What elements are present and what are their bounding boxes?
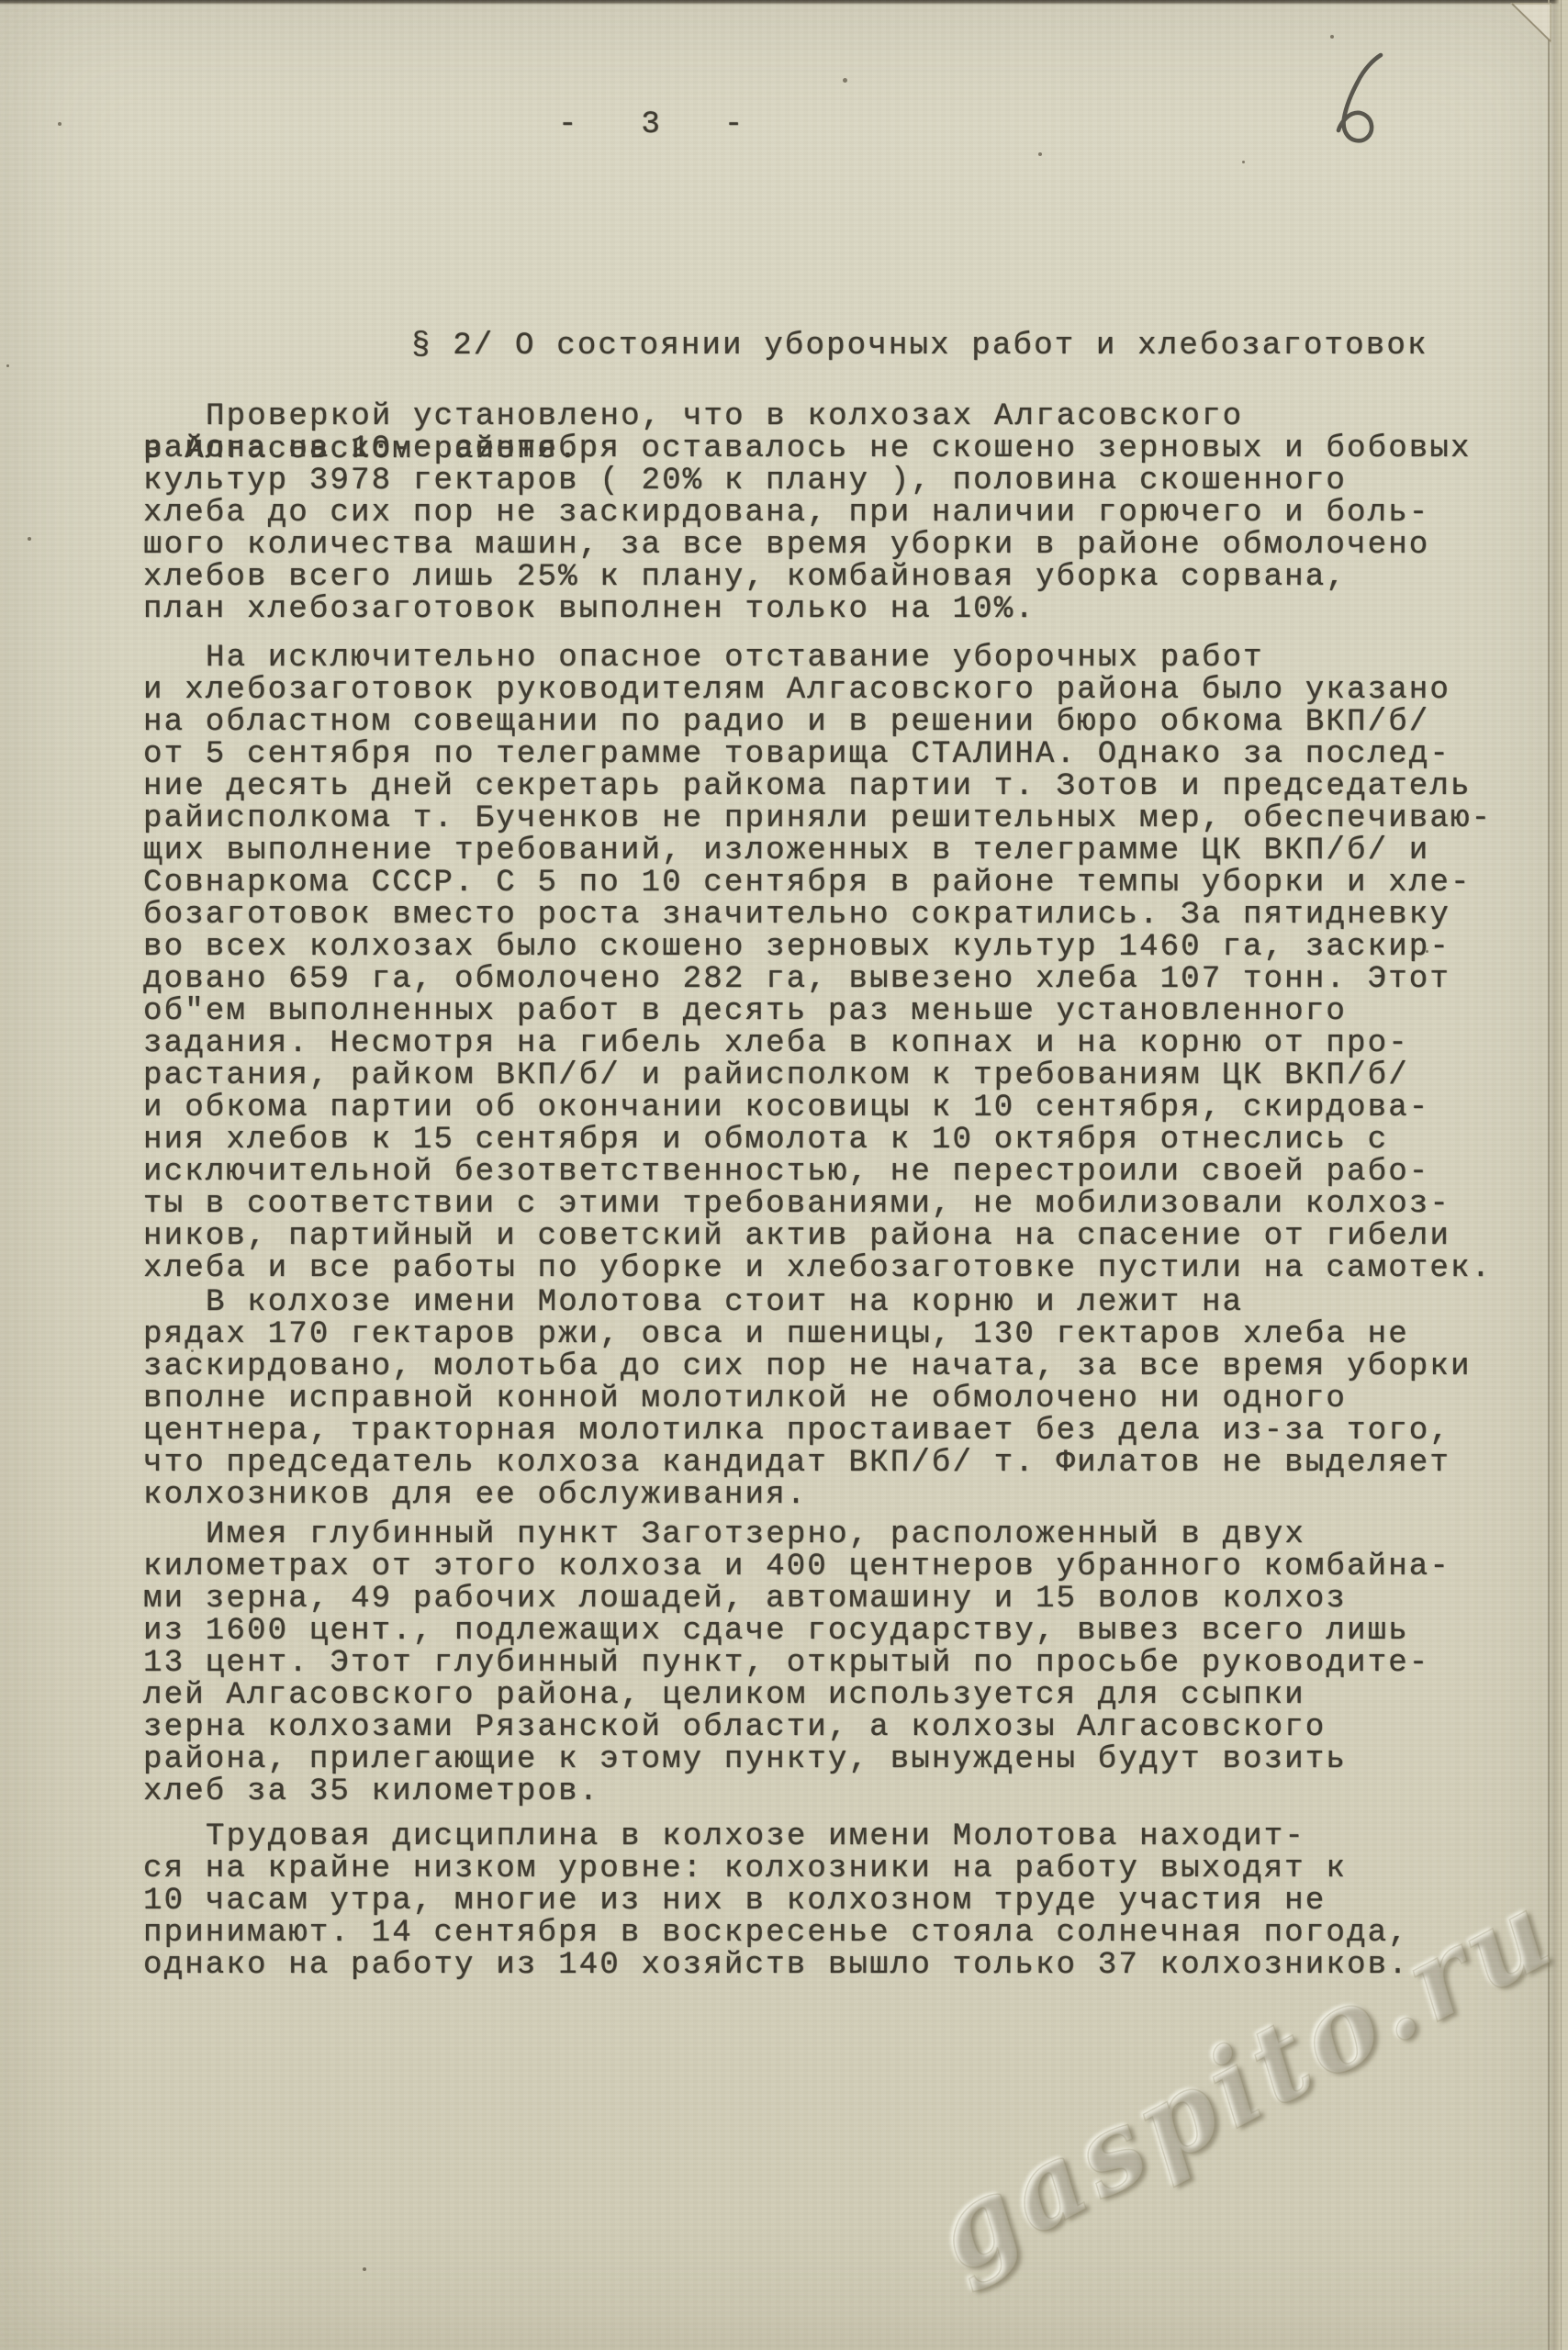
text-line: хлеба до сих пор не заскирдована, при на…	[143, 498, 1472, 530]
paper-speck	[363, 2267, 366, 2271]
text-line: что председатель колхоза кандидат ВКП/б/…	[143, 1448, 1472, 1480]
page-right-edge-line	[1561, 0, 1562, 2350]
text-line: километрах от этого колхоза и 400 центне…	[143, 1551, 1450, 1583]
text-line: на областном совещании по радио и в реше…	[143, 707, 1492, 739]
text-line: хлебов всего лишь 25% к плану, комбайнов…	[143, 562, 1472, 594]
paper-speck	[1038, 152, 1042, 156]
text-line: района на 10-е сентября оставалось не ск…	[143, 433, 1472, 465]
paper-speck	[843, 78, 847, 83]
text-line: района, прилегающие к этому пункту, выну…	[143, 1744, 1450, 1776]
text-line: зерна колхозами Рязанской области, а кол…	[143, 1712, 1450, 1744]
heading-line-1: § 2/ О состоянии уборочных работ и хлебо…	[143, 330, 1428, 364]
text-line: культур 3978 гектаров ( 20% к плану ), п…	[143, 465, 1472, 498]
text-line: Проверкой установлено, что в колхозах Ал…	[143, 401, 1472, 433]
paragraph-grain-depot: Имея глубинный пункт Заготзерно, располо…	[143, 1519, 1450, 1808]
text-line: во всех колхозах было скошено зерновых к…	[143, 932, 1492, 964]
text-line: ми зерна, 49 рабочих лошадей, автомашину…	[143, 1583, 1450, 1616]
paragraph-district-leadership: На исключительно опасное отставание убор…	[143, 643, 1492, 1285]
page-right-edge	[1548, 0, 1568, 2350]
text-line: На исключительно опасное отставание убор…	[143, 643, 1492, 675]
text-line: от 5 сентября по телеграмме товарища СТА…	[143, 739, 1492, 771]
text-line: колхозников для ее обслуживания.	[143, 1480, 1472, 1512]
text-line: из 1600 цент., подлежащих сдаче государс…	[143, 1616, 1450, 1648]
paragraph-molotov-kolkhoz: В колхозе имени Молотова стоит на корню …	[143, 1287, 1472, 1512]
text-line: ния хлебов к 15 сентября и обмолота к 10…	[143, 1125, 1492, 1157]
text-line: райисполкома т. Бученков не приняли реши…	[143, 803, 1492, 835]
text-line: бозаготовок вместо роста значительно сок…	[143, 900, 1492, 932]
text-line: ников, партийный и советский актив район…	[143, 1221, 1492, 1253]
text-line: ся на крайне низком уровне: колхозники н…	[143, 1853, 1409, 1886]
text-line: однако на работу из 140 хозяйств вышло т…	[143, 1950, 1409, 1982]
paper-speck	[1242, 161, 1245, 163]
text-line: об"ем выполненных работ в десять раз мен…	[143, 996, 1492, 1028]
paper-speck	[1426, 950, 1428, 953]
text-line: Совнаркома СССР. С 5 по 10 сентября в ра…	[143, 867, 1492, 900]
text-line: щих выполнение требований, изложенных в …	[143, 835, 1492, 867]
text-line: вполне исправной конной молотилкой не об…	[143, 1383, 1472, 1416]
scan-top-edge	[0, 0, 1568, 5]
text-line: и обкома партии об окончании косовицы к …	[143, 1092, 1492, 1125]
text-line: исключительной безответственностью, не п…	[143, 1157, 1492, 1189]
text-line: лей Алгасовского района, целиком использ…	[143, 1680, 1450, 1712]
text-line: В колхозе имени Молотова стоит на корню …	[143, 1287, 1472, 1319]
text-line: растания, райком ВКП/б/ и райисполком к …	[143, 1060, 1492, 1092]
text-line: ние десять дней секретарь райкома партии…	[143, 771, 1492, 803]
paragraph-labor-discipline: Трудовая дисциплина в колхозе имени Моло…	[143, 1821, 1409, 1982]
text-line: 10 часам утра, многие из них в колхозном…	[143, 1886, 1409, 1918]
text-line: хлеба и все работы по уборке и хлебозаго…	[143, 1253, 1492, 1285]
text-line: Трудовая дисциплина в колхозе имени Моло…	[143, 1821, 1409, 1853]
text-line: задания. Несмотря на гибель хлеба в копн…	[143, 1028, 1492, 1060]
paragraph-harvest-status: Проверкой установлено, что в колхозах Ал…	[143, 401, 1472, 626]
paper-speck	[191, 1349, 194, 1352]
text-line: Имея глубинный пункт Заготзерно, располо…	[143, 1519, 1450, 1551]
paper-speck	[1330, 35, 1334, 39]
text-line: рядах 170 гектаров ржи, овса и пшеницы, …	[143, 1319, 1472, 1351]
scanned-document-page: - 3 - § 2/ О состоянии уборочных работ и…	[0, 0, 1568, 2350]
text-line: план хлебозаготовок выполнен только на 1…	[143, 594, 1472, 626]
text-line: довано 659 га, обмолочено 282 га, вывезе…	[143, 964, 1492, 996]
paper-speck	[28, 537, 31, 541]
text-line: заскирдовано, молотьба до сих пор не нач…	[143, 1351, 1472, 1383]
page-number: - 3 -	[558, 106, 745, 143]
handwritten-number-5	[1327, 51, 1394, 154]
text-line: принимают. 14 сентября в воскресенье сто…	[143, 1918, 1409, 1950]
text-line: хлеб за 35 километров.	[143, 1776, 1450, 1808]
folded-corner	[1510, 3, 1554, 45]
paper-speck	[6, 364, 9, 367]
paper-speck	[58, 122, 62, 126]
text-line: 13 цент. Этот глубинный пункт, открытый …	[143, 1648, 1450, 1680]
text-line: ты в соответствии с этими требованиями, …	[143, 1189, 1492, 1221]
text-line: шого количества машин, за все время убор…	[143, 530, 1472, 562]
text-line: центнера, тракторная молотилка простаива…	[143, 1416, 1472, 1448]
text-line: и хлебозаготовок руководителям Алгасовск…	[143, 675, 1492, 707]
